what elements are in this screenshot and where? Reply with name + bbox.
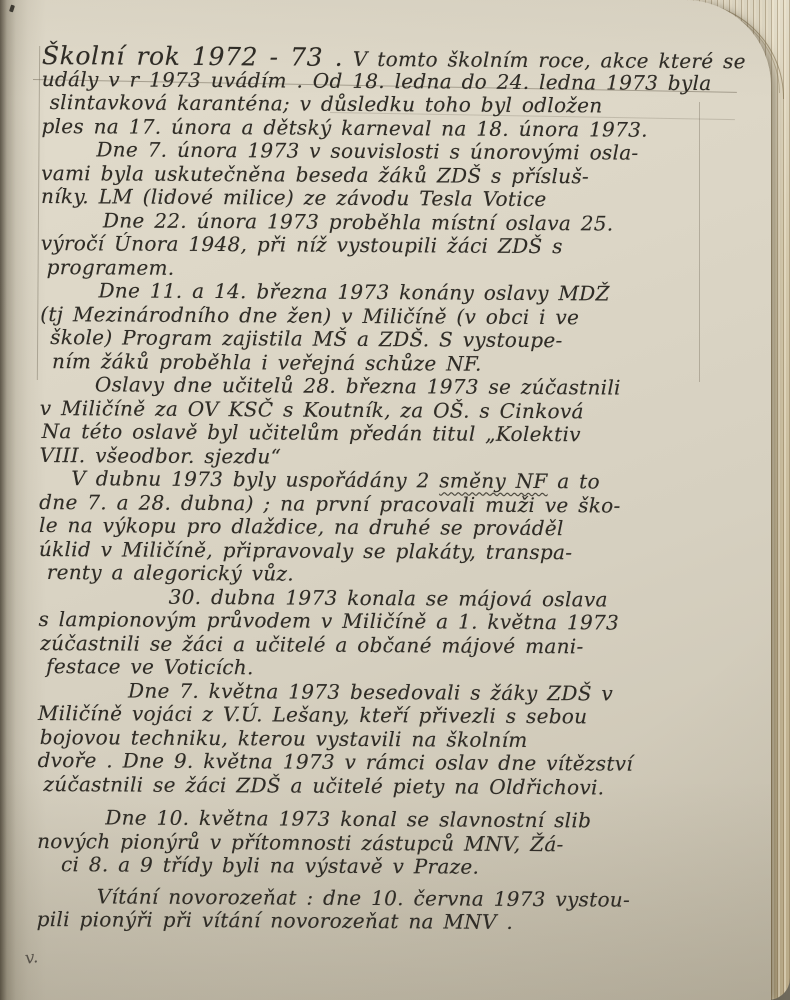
handwriting-segment: a to: [548, 469, 600, 493]
handwriting-line: pili pionýři při vítání novorozeňat na M…: [37, 908, 727, 936]
underlined-phrase: směny NF: [439, 468, 548, 493]
handwriting-line: renty a alegorický vůz.: [47, 561, 729, 589]
handwriting-segment: V dubnu 1973 byly uspořádány 2: [71, 466, 439, 492]
chronicle-photo: Školní rok 1972 - 73 . V tomto školním r…: [0, 0, 790, 1000]
pencil-checkmark: v.: [24, 947, 40, 969]
chronicle-page: Školní rok 1972 - 73 . V tomto školním r…: [0, 0, 771, 1000]
handwriting-block: Školní rok 1972 - 73 . V tomto školním r…: [37, 44, 732, 936]
handwriting-line: zúčastnili se žáci ZDŠ a učitelé piety n…: [43, 773, 727, 801]
ink-speck: [9, 5, 15, 13]
handwriting-line: ci 8. a 9 třídy byli na výstavě v Praze.: [61, 853, 727, 881]
